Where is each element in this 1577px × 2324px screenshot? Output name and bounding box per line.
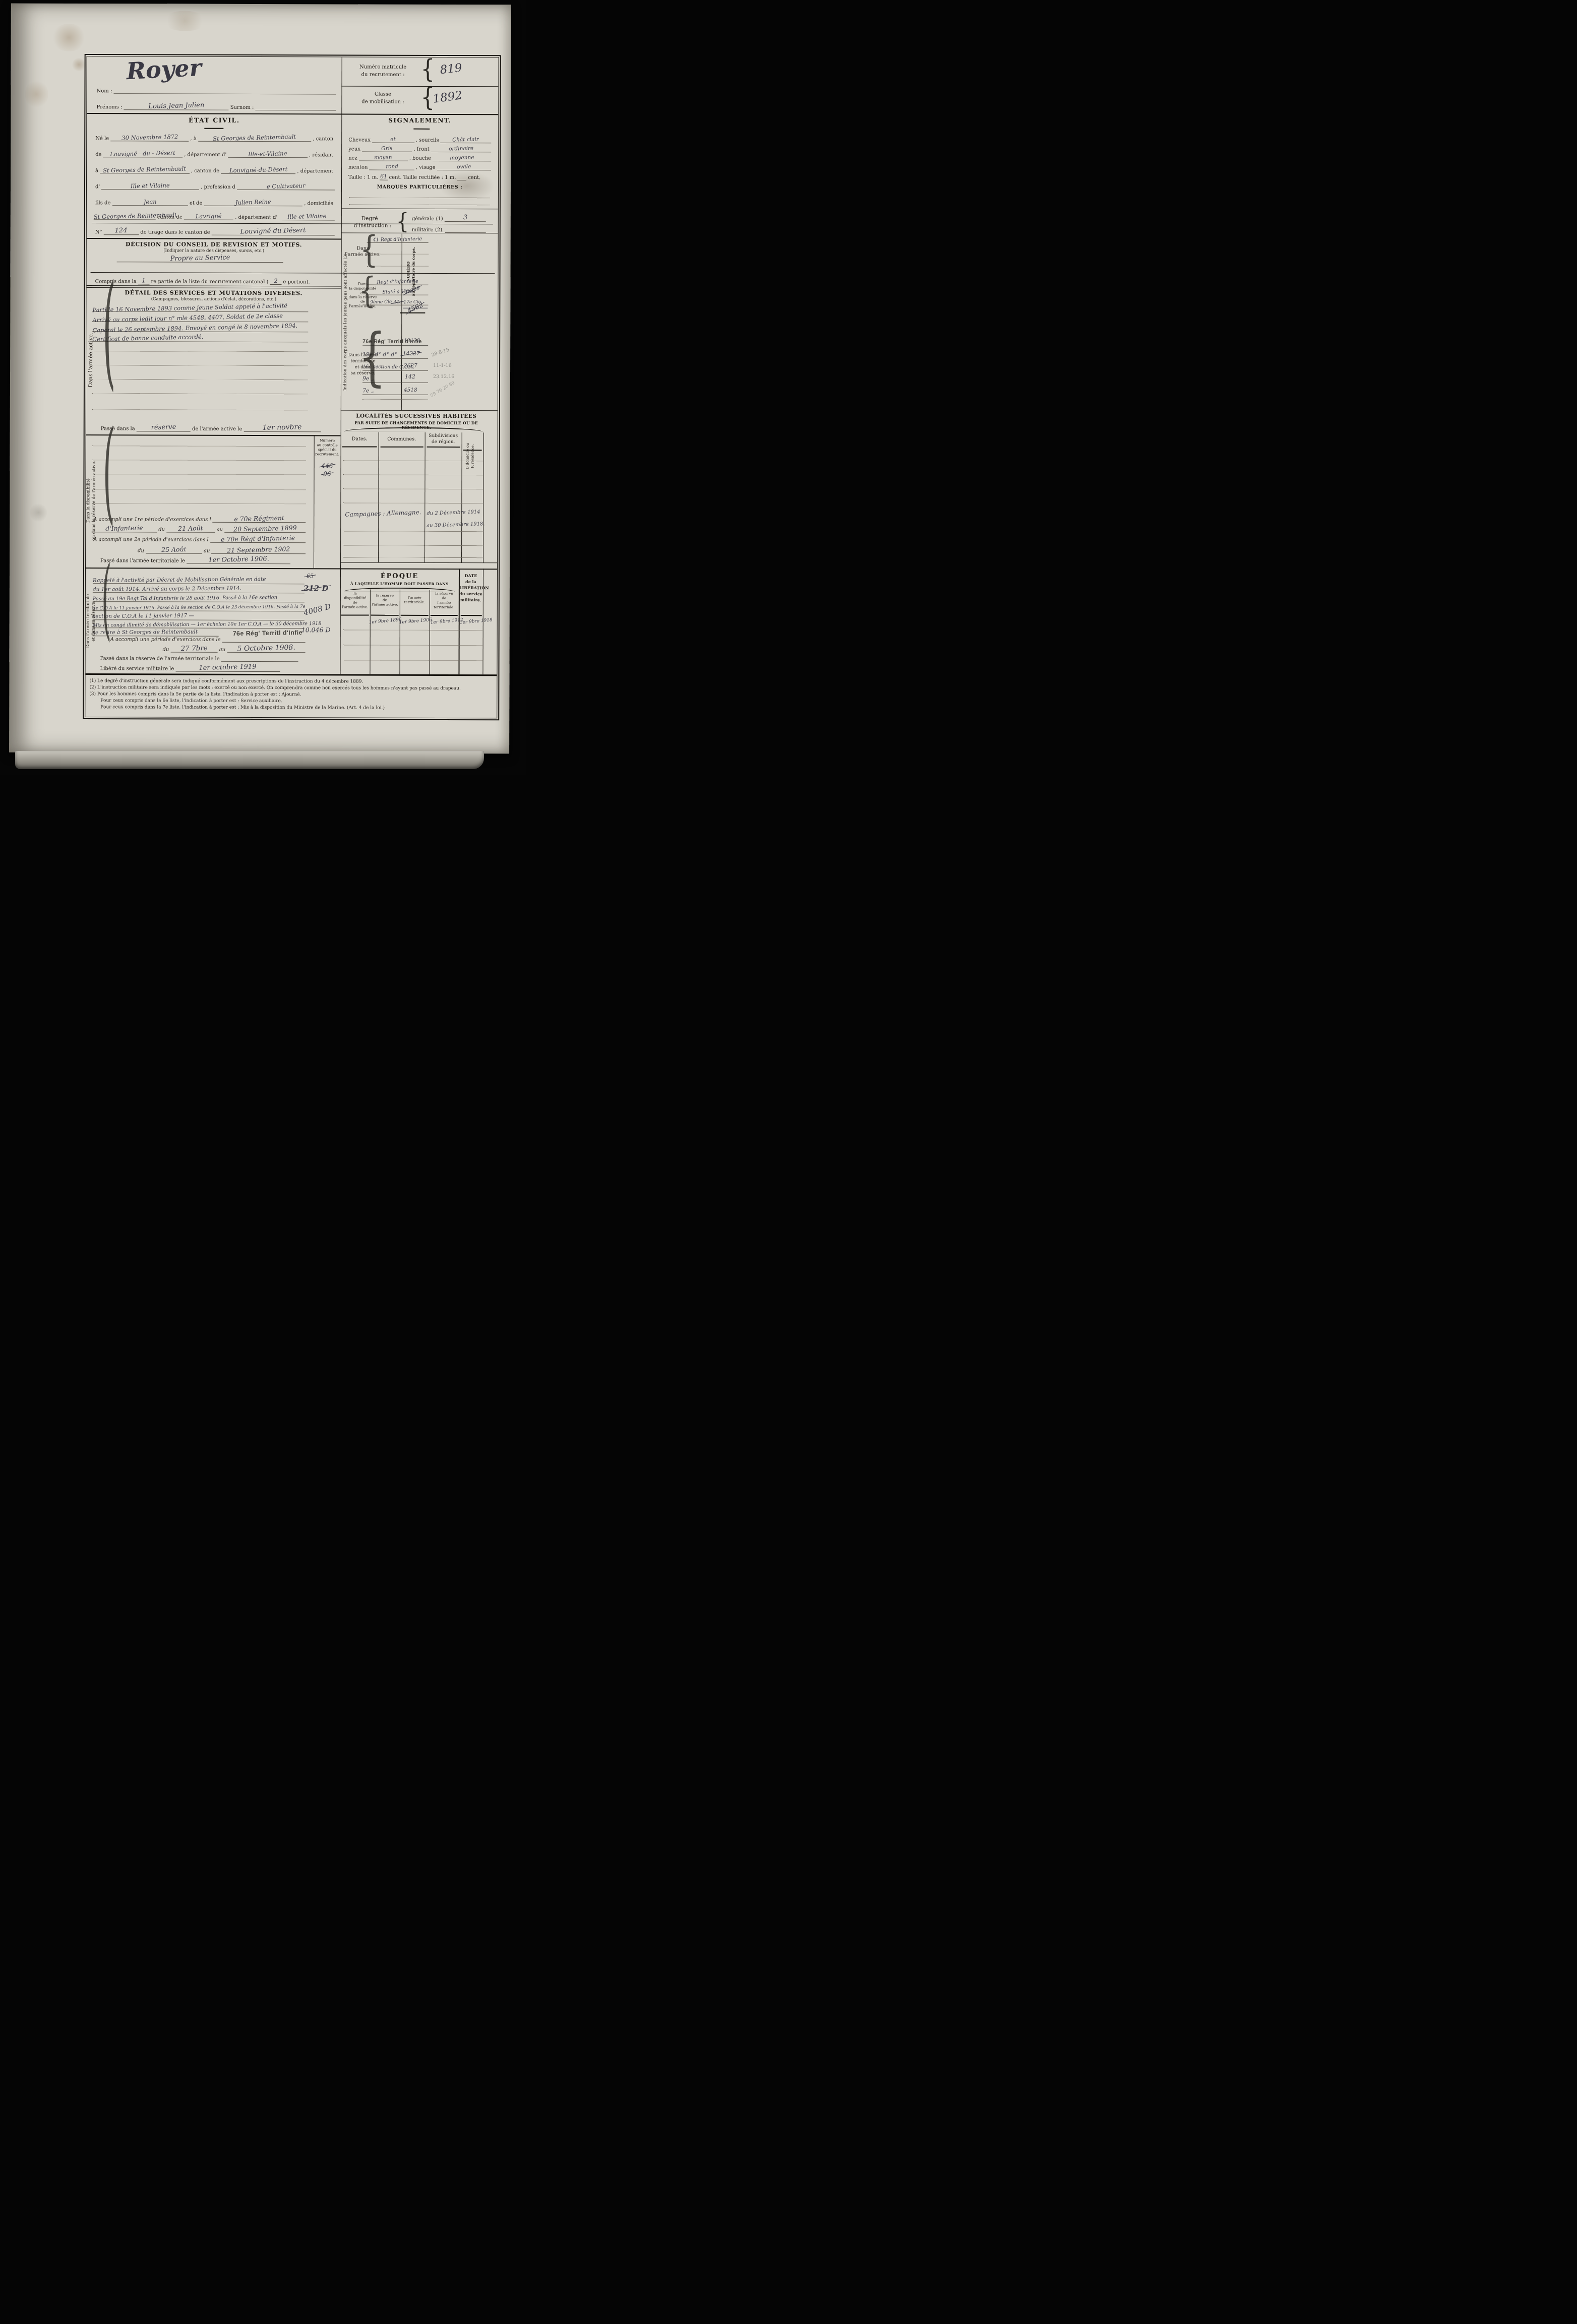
margin-number: 65 [307,573,314,579]
epoque-header-rule [341,614,369,615]
margin-number-wrap: 65 [307,570,314,580]
epoque-subtitle: À LAQUELLE L'HOMME DOIT PASSER DANS [340,581,459,586]
header-row-rule [342,86,499,87]
label: , département d' [233,215,279,220]
terr-num: 142 [405,373,415,380]
terr-num-wrap: 14227 [403,348,419,357]
decision-subtitle: (Indiquer la nature des dispenses, sursi… [87,248,341,254]
footnote: (2) L'instruction militaire sera indiqué… [89,685,493,691]
canton: Louvigné - du - Désert [110,149,175,157]
side-label-territoriale: Dans l'armée territoriale et dans sa rés… [85,572,96,670]
profession-line: d' Ille et Vilaine , profession d e Cult… [94,180,335,190]
paper-stain [30,503,47,523]
blank-line [92,460,306,461]
epoque-col3-header: l'armée territoriale. [400,596,429,605]
label: cent. [466,175,482,180]
periode2-dates-row: du 25 Août au 21 Septembre 1902 [136,544,306,554]
blank-rule [91,272,495,274]
nom-row: Nom : [95,86,336,94]
section-brace: ( [102,270,115,394]
terr-num-wrap: 4518 [404,384,417,394]
surname-signature: Royer [126,54,202,85]
label: de [94,152,103,157]
epoque-value-reserve-active: 1er 9bre 1896 [369,617,402,625]
service-entry: Arrivé au corps ledit jour n° mle 4548, … [92,312,308,322]
label: Libéré du service militaire le [98,666,175,671]
blank-line [343,474,483,475]
blank-line [92,489,306,490]
label: du [157,527,166,532]
controle-num2-wrap: 96 [314,468,340,478]
campagnes-entry: Campagnes : Allemagne. [345,509,421,518]
page-stack-edge [15,751,484,769]
epoque-sep [399,590,400,674]
blank-line [362,399,428,400]
label: , visage [414,165,437,170]
matricule-value: 819 [439,61,462,77]
services-subtitle: (Campagnes, blessures, actions d'éclat, … [86,296,341,302]
epoque-date-header: DATE de la LIBÉRATION du service militai… [459,573,482,603]
blank-line [343,645,483,646]
degre-militaire-row: militaire (2). [410,225,486,233]
signalement-row: yeux Gris , front ordinaire [347,144,491,152]
paper-stain [162,11,208,31]
residence: St Georges de Reintembault [103,165,186,173]
terr-num-wrap: 12128 [404,335,420,344]
epoque-title: ÉPOQUE [340,572,459,580]
periode1-debut: 21 Août [178,525,203,532]
nom-label: Nom : [95,88,113,94]
epoque-top-rule [340,568,497,570]
sourcils: Chât clair [453,137,479,143]
margin-number-wrap: 10.046 D [301,624,331,634]
blank-line [343,660,483,661]
section-brace: ( [103,416,115,527]
label: , front [412,147,431,152]
section-rule [87,238,341,239]
epoque-col2-header: la réserve de l'armée active. [371,594,399,607]
service-entry: Parti le 16 Novembre 1893 comme jeune So… [92,302,308,312]
tirage-canton: Louvigné du Désert [240,227,306,236]
classe-value: 1892 [432,89,463,106]
nom-fill-line [113,93,336,94]
label: de l'armée active le [191,426,244,432]
localites-header-rule [427,447,460,448]
label: au [215,527,224,533]
yeux: Gris [381,146,392,152]
fill-line [221,661,298,662]
degre-generale-value: 3 [463,214,467,221]
label: , sourcils [414,138,441,143]
localites-col-subdivisions: Subdivisions de région. [425,433,462,446]
service-text: Arrivé au corps ledit jour n° mle 4548, … [92,312,283,323]
blank-line [92,446,306,447]
margin-number: 4008 D [302,602,332,617]
label: A accompli une période d'exercices dans … [109,637,222,643]
label: e portion). [282,279,312,285]
terr-num-wrap: 2627 [404,360,417,369]
service-text: Caporal le 26 septembre 1894. Envoyé en … [92,322,297,333]
signalement-row: menton rond , visage ovale [347,162,491,170]
paper-stain [25,79,48,109]
header-bottom-rule [87,113,498,115]
localites-header-rule [463,450,482,451]
degre-generale-row: générale (1) 3 [410,214,486,222]
periode2-regiment: e 70e Régt d'Infanterie [221,534,295,543]
localites-right-edge [483,432,484,562]
prenoms-value: Louis Jean Julien [148,102,204,110]
campagnes-date-debut: du 2 Décembre 1914 [427,509,480,516]
father-name: Jean [144,199,157,205]
label: Passé dans la réserve de l'armée territo… [99,656,221,662]
periode2-fin: 21 Septembre 1902 [227,545,290,553]
label: , canton [311,136,335,142]
label: , département d' [183,152,228,158]
label: militaire (2). [410,227,446,233]
localites-header-rule [342,446,377,447]
label: , département [295,168,335,174]
terr-num: 12128 [404,338,420,344]
birth-line: Né le 30 Novembre 1872 , à St Georges de… [94,132,335,142]
label: N° [94,229,104,235]
residence-departement: Ille et Vilaine [131,182,170,189]
bouche: moyenne [450,155,474,161]
residence-canton: Louvigné-du-Désert [229,166,287,173]
localites-sep [461,432,462,562]
localites-header-rule [381,447,423,448]
liste-partie: 1 [142,277,146,283]
terr-num-wrap: 142 [405,371,415,381]
terr-margin-date: 28-8-15 [431,347,450,358]
margin-number-wrap: 4008 D [304,604,331,614]
classe-label: Classe de mobilisation : [346,90,419,105]
label: Né le [94,136,110,141]
liste-portion: 2 [274,277,278,283]
terr-num: 4518 [404,387,417,393]
label: du [136,548,146,553]
etat-civil-title-rule [204,128,223,129]
label: , profession d [199,184,237,190]
blank-line [343,545,483,546]
footnote: Pour ceux compris dans la 7e liste, l'in… [100,705,493,711]
blank-line [92,379,308,380]
blank-line [343,503,483,504]
passe-territoriale-date: 1er Octobre 1906. [208,556,269,564]
epoque-sep [370,590,370,674]
label: , résidant [308,152,335,158]
section-brace: ( [102,555,112,644]
margin-number: 212 D [304,584,329,593]
degre-brace: { [396,211,409,233]
periode1-fin: 20 Septembre 1899 [233,524,297,532]
parents-canton: Lavrigné [196,213,222,219]
terr-margin-date: 11-1-16 [433,363,452,368]
periode2-row: A accompli une 2e période d'exercices da… [92,533,306,543]
footnotes-rule [85,673,497,676]
side-label-armee-active: Dans l'armée active. [88,288,94,431]
terr-margin-scribble: 59 79 20 89 [430,381,456,399]
label: , bouche [408,156,433,161]
blank-line [343,630,483,631]
canton-line: de Louvigné - du - Désert , département … [94,148,335,158]
degre-label-1: Degré [361,216,378,222]
corps-brace: { [358,273,376,308]
epoque-value-territoriale: 1er 9bre 1906 [399,617,432,625]
blank-line [92,393,308,394]
epoque-header-rule [371,615,399,616]
decision-row: Propre au Service [117,254,283,263]
label: fils de [94,200,112,206]
label: du [161,647,171,652]
controle-label: Numéro au contrôle spécial du recrutemen… [314,438,341,456]
signalement-row: Cheveux et , sourcils Chât clair [347,135,491,143]
blank-line [92,351,308,352]
controle-num2: 96 [323,470,331,477]
side-label-disponibilite: Dans la disponibilité ou dans la réserve… [86,435,97,566]
tirage-line: N° 124 de tirage dans le canton de Louvi… [94,226,335,235]
taille-value: 61 [380,173,387,179]
label: A accompli une 2e période d'exercices da… [92,537,210,543]
epoque-sep [429,590,430,674]
blank-line [343,531,483,532]
blank-line [343,488,483,489]
corps-active-value: 41 Regt d'Infanterie [373,236,422,242]
label: , domiciliés [302,201,335,206]
departement: Ille-et-Vilaine [248,150,287,157]
marques-label: MARQUES PARTICULIÈRES : [341,184,498,190]
epoque-header-rule [401,615,429,616]
birth-date: 30 Novembre 1872 [122,134,178,141]
epoque-col1-header: la disponibilité de l'armée active. [341,591,370,610]
mid-rule [92,223,493,224]
cheveux: et [390,137,396,142]
epoque-header-rule [431,615,458,616]
liberation-date: 1er octobre 1919 [199,664,257,672]
parents-domicile: St Georges de Reintembault [94,212,177,220]
label: Passé dans l'armée territoriale le [99,558,187,563]
parents-line: fils de Jean et de Julien Reine , domici… [94,197,335,206]
corps-dispo-cie-struck: 44e [393,300,402,305]
localites-sep [424,432,426,562]
footnote: (3) Pour les hommes compris dans la 5e p… [89,692,493,698]
label: , canton de [190,168,221,174]
corps-brace: { [358,326,386,389]
surnom-fill-line [255,110,336,110]
terr-num: 2627 [404,363,417,369]
libere-row: Libéré du service militaire le 1er octob… [98,662,280,672]
periode-debut: 27 7bre [180,645,207,652]
signalement-bottom-rule [341,208,498,209]
accompli-periode-row: A accompli une période d'exercices dans … [109,634,306,643]
periode1-row: A accompli une 1re période d'exercices d… [92,513,306,523]
signalement-title-rule [413,129,430,130]
parents-departement: Ille et Vilaine [287,213,327,220]
decision-title: DÉCISION DU CONSEIL DE REVISION ET MOTIF… [87,241,341,248]
passe-territoriale-row: Passé dans l'armée territoriale le 1er O… [99,554,290,564]
margin-number: 10.046 D [301,626,331,634]
label: Taille : 1 m. [347,174,380,180]
label: à [94,168,100,173]
label: d' [94,184,101,190]
localites-sep [378,432,379,562]
localites-bottom-rule [340,562,497,563]
label: au [202,548,211,554]
passe-reserve-word: réserve [151,424,176,431]
front: ordinaire [449,146,473,152]
form-frame: Royer Nom : Prénoms : Louis Jean Julien … [83,54,501,720]
prenoms-label: Prénoms : [95,104,124,110]
compris-row: Compris dans la 1 re partie de la liste … [93,276,334,285]
localites-col-communes: Communes. [379,436,425,442]
profession: e Cultivateur [267,182,306,190]
matricule-label: Numéro matricule du recrutement : [346,63,420,78]
label: yeux [347,146,362,152]
fill-line [222,642,306,643]
service-entry: Certificat de bonne conduite accordé. [92,333,308,342]
passe-reserve-date: 1er novbre [263,424,302,432]
epoque-col4-header: la réserve de l'armée territoriale. [430,592,458,610]
section-double-rule [86,285,341,288]
accompli-dates-row: du 27 7bre au 5 Octobre 1908. [161,643,306,653]
residence-line: à St Georges de Reintembault , canton de… [94,164,335,174]
periode1-dates-row: d'Infanterie du 21 Août au 20 Septembre … [92,523,306,533]
service-entry: Caporal le 26 septembre 1894. Envoyé en … [92,323,308,332]
corps-brace: { [360,231,379,268]
prenoms-row: Prénoms : Louis Jean Julien Surnom : [95,102,336,110]
label: nez [347,155,359,161]
localites-title: LOCALITÉS SUCCESSIVES HABITÉES [341,413,492,419]
matricule-brace: { [421,57,435,83]
terr-num: 14227 [403,351,419,357]
label: et de [188,201,204,206]
passe-reserve-row: Passé dans la réserve de l'armée active … [99,422,321,432]
epoque-header-rule [461,615,482,616]
birth-place: St Georges de Reintembault [213,134,296,142]
blank-line [343,460,483,461]
terr-margin-date: 23.12.16 [433,374,454,380]
taille-row: Taille : 1 m. 61 cent. Taille rectifiée … [347,172,491,180]
section-rule [86,568,340,569]
blank-line [92,365,308,366]
register-page: Royer Nom : Prénoms : Louis Jean Julien … [9,4,511,754]
label: re partie de la liste du recrutement can… [150,279,270,285]
label: de tirage dans le canton de [139,229,211,235]
nez: moyen [375,155,392,161]
blank-line [92,474,306,475]
footnote: (1) Le degré d'instruction générale sera… [89,678,493,684]
paper-stain [51,24,87,51]
epoque-value-liberation: 1er 9bre 1918 [459,617,493,625]
mother-name: Julien Reine [235,199,271,206]
corps-vertical-label: Indication des corps auxquels les jeunes… [343,233,348,409]
label: , à [189,136,198,142]
fill-line [457,180,466,180]
surnom-label: Surnom : [229,105,256,110]
blank-line [349,197,490,198]
label: au [218,647,227,653]
services-title: DÉTAIL DES SERVICES ET MUTATIONS DIVERSE… [86,289,341,296]
label: Cheveux [347,137,372,143]
footnote: Pour ceux compris dans la 6e liste, l'in… [100,698,493,704]
margin-number-wrap: 212 D [304,583,329,593]
corps-bottom-rule [341,410,498,411]
decision-value: Propre au Service [170,255,230,263]
blank-line [343,557,483,558]
corps-dispo-num1-wrap: 05089 [404,284,420,294]
visage: ovale [457,164,471,170]
periode-fin: 5 Octobre 1908. [237,644,295,653]
section-rule [86,434,341,436]
corps-dispo-num2-wrap: 4562 [407,302,423,312]
form-inner: Royer Nom : Prénoms : Louis Jean Julien … [85,56,499,718]
tirage-number: 124 [115,227,128,234]
signalement-row: nez moyen , bouche moyenne [347,153,491,161]
service-text: Parti le 16 Novembre 1893 comme jeune So… [92,302,287,313]
localites-col-dates: Dates. [341,436,379,442]
label: cent. Taille rectifiée : 1 m. [388,175,458,180]
blank-line [92,503,306,504]
label: générale (1) [410,216,445,222]
localites-col-dr: D domicile ou R résidence. [465,433,475,479]
blank-line [349,204,490,205]
periode2-debut: 25 Août [161,545,187,552]
menton: rond [386,164,398,170]
label: menton [347,164,369,170]
etat-civil-title: ÉTAT CIVIL. [87,116,341,124]
blank-line [92,409,308,410]
campagnes-date-fin: au 30 Décembre 1918. [427,521,485,529]
signalement-title: SIGNALEMENT. [341,116,498,124]
photo-canvas: Royer Nom : Prénoms : Louis Jean Julien … [0,0,526,775]
periode1-regiment: e 70e Régiment [234,514,284,522]
numero-col-divider [401,234,402,410]
domicile-line: St Georges de Reintembault canton de Lav… [94,211,335,220]
passe-reserve-terr-row: Passé dans la réserve de l'armée territo… [99,653,298,662]
